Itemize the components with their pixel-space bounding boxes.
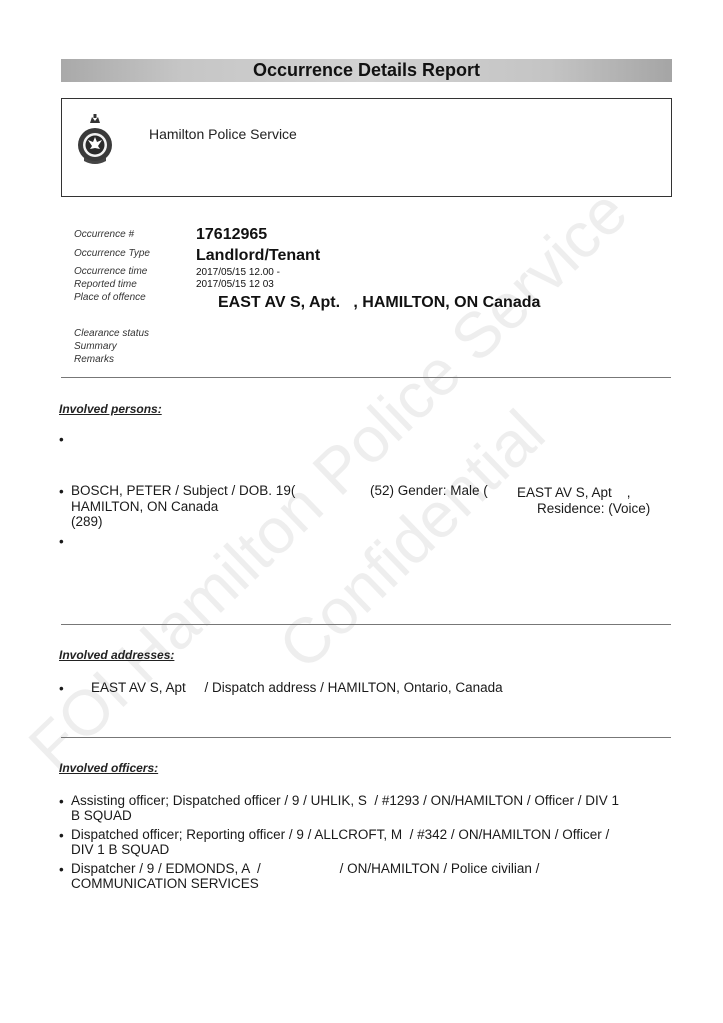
person-phone: (289): [71, 514, 103, 529]
address-bullet: •: [59, 681, 64, 696]
occurrence-type-value: Landlord/Tenant: [196, 247, 320, 265]
place-of-offence-label: Place of offence: [74, 292, 146, 303]
officer-line2: DIV 1 B SQUAD: [71, 842, 169, 857]
officer-bullet: •: [59, 862, 64, 877]
agency-name: Hamilton Police Service: [149, 126, 297, 142]
divider: [61, 737, 671, 738]
officer-line1: Dispatched officer; Reporting officer / …: [71, 827, 609, 842]
divider: [61, 624, 671, 625]
reported-time-label: Reported time: [74, 279, 137, 290]
clearance-status-label: Clearance status: [74, 328, 149, 339]
occurrence-time-label: Occurrence time: [74, 266, 147, 277]
involved-officers-heading: Involved officers:: [59, 761, 158, 775]
occurrence-time-value: 2017/05/15 12.00 -: [196, 267, 280, 278]
report-title: Occurrence Details Report: [61, 59, 672, 82]
person-bullet-empty: •: [59, 432, 64, 447]
summary-label: Summary: [74, 341, 117, 352]
reported-time-value: 2017/05/15 12 03: [196, 279, 274, 290]
person-bullet: •: [59, 484, 64, 499]
involved-persons-heading: Involved persons:: [59, 402, 162, 416]
place-of-offence-value: EAST AV S, Apt. , HAMILTON, ON Canada: [218, 294, 540, 312]
officer-line1: Assisting officer; Dispatched officer / …: [71, 793, 619, 808]
officer-bullet: •: [59, 794, 64, 809]
officer-line2: B SQUAD: [71, 808, 132, 823]
officer-line2: COMMUNICATION SERVICES: [71, 876, 259, 891]
agency-header: Hamilton Police Service: [61, 98, 672, 197]
divider: [61, 377, 671, 378]
watermark-line2: Confidential: [264, 396, 559, 684]
person-residence: Residence: (Voice): [537, 501, 650, 516]
occurrence-type-label: Occurrence Type: [74, 248, 150, 259]
occurrence-number-value: 17612965: [196, 226, 267, 244]
occurrence-number-label: Occurrence #: [74, 229, 134, 240]
address-item: EAST AV S, Apt / Dispatch address / HAMI…: [91, 680, 503, 695]
officer-bullet: •: [59, 828, 64, 843]
person-bullet-empty: •: [59, 534, 64, 549]
remarks-label: Remarks: [74, 354, 114, 365]
police-crest-icon: [76, 113, 114, 167]
person-address: EAST AV S, Apt ,: [517, 485, 631, 500]
person-age-gender: (52) Gender: Male (: [370, 483, 488, 498]
person-name-role-dob: BOSCH, PETER / Subject / DOB. 19(: [71, 483, 295, 498]
officer-line1: Dispatcher / 9 / EDMONDS, A / / ON/HAMIL…: [71, 861, 539, 876]
involved-addresses-heading: Involved addresses:: [59, 648, 174, 662]
person-city: HAMILTON, ON Canada: [71, 499, 218, 514]
